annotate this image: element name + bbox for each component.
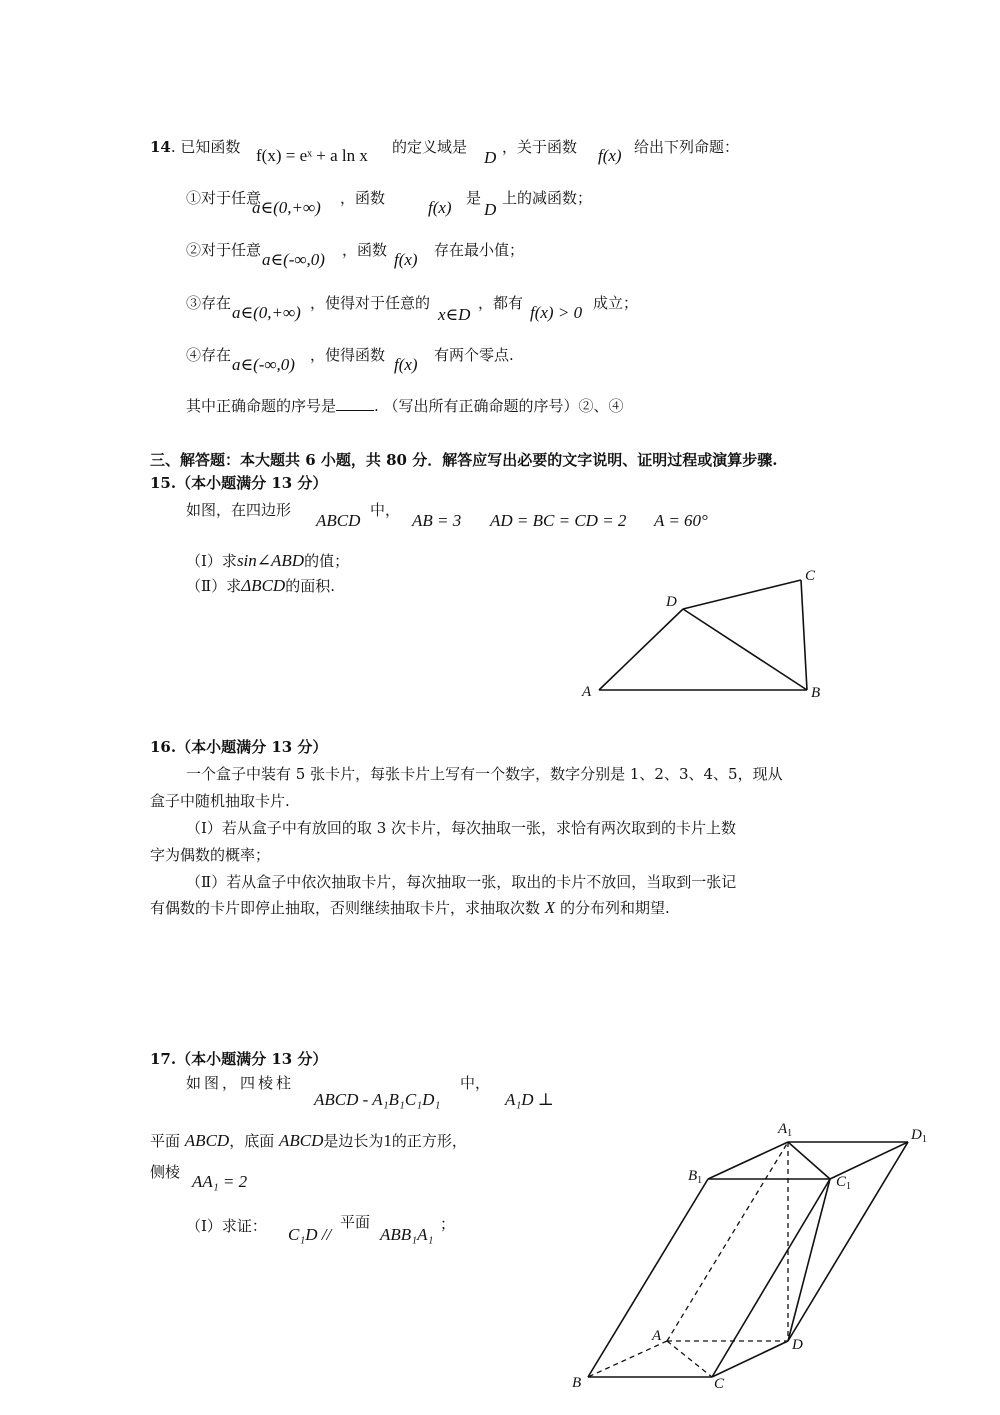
q17-side-length: 1 <box>383 1131 392 1150</box>
q17-part-1-expression: C₁D // <box>288 1225 331 1245</box>
q17-label-d: D <box>791 1337 803 1353</box>
q17-label-c: C <box>714 1376 725 1392</box>
q16-line-1: 一个盒子中装有 5 张卡片，每张卡片上写有一个数字，数字分别是 1、2、3、4、… <box>186 764 783 784</box>
q17-base-abcd: ABCD <box>279 1131 323 1150</box>
q17-prism-figure <box>588 1142 908 1377</box>
q17-label-b: B <box>572 1375 581 1391</box>
q17-side-length-text: 是边长为 <box>323 1132 383 1150</box>
q17-base-text: ，底面 <box>229 1132 274 1150</box>
q16-title: 16.（本小题满分 13 分） <box>150 737 327 757</box>
q16-part-2-tail: 的分布列和期望. <box>560 899 670 917</box>
q17-part-1-plane: ABB₁A₁ <box>380 1225 433 1245</box>
q17-stem-b: 中， <box>460 1073 490 1093</box>
q17-line-2: 平面 ABCD，底面 ABCD是边长为1的正方形， <box>150 1131 467 1151</box>
q17-plane-text: 平面 <box>150 1132 180 1150</box>
q17-line-3-label: 侧棱 <box>150 1162 180 1182</box>
q16-part-2-line-1: （Ⅱ）若从盒子中依次抽取卡片，每次抽取一张，取出的卡片不放回，当取到一张记 <box>186 872 736 892</box>
q16-variable-x: X <box>545 898 555 917</box>
q17-label-c1: C1 <box>836 1174 851 1192</box>
q17-prism-name: ABCD - A₁B₁C₁D₁ <box>314 1090 440 1110</box>
q17-square-text: 的正方形， <box>392 1132 467 1150</box>
q17-perpendicular: A₁D ⊥ <box>505 1090 554 1110</box>
q17-label-a1: A1 <box>777 1121 792 1139</box>
q17-label-b1: B1 <box>688 1168 702 1186</box>
q17-part-1-label: （Ⅰ）求证： <box>186 1216 267 1236</box>
q15-label-d: D <box>665 594 677 610</box>
q15-quadrilateral-figure: A B C D A1 D1 B1 C1 A D B C <box>0 0 1000 1415</box>
q17-part-1-plane-text: 平面 <box>340 1212 370 1232</box>
q15-label-b: B <box>811 685 820 701</box>
q16-part-1-line-1: （Ⅰ）若从盒子中有放回的取 3 次卡片，每次抽取一张，求恰有两次取到的卡片上数 <box>186 818 736 838</box>
q16-part-2-text: 有偶数的卡片即停止抽取，否则继续抽取卡片，求抽取次数 <box>150 899 540 917</box>
q17-label-a: A <box>651 1328 662 1344</box>
q17-lateral-edge: AA₁ = 2 <box>192 1172 247 1192</box>
q16-part-2-line-2: 有偶数的卡片即停止抽取，否则继续抽取卡片，求抽取次数 X 的分布列和期望. <box>150 898 670 918</box>
q17-part-1-tail: ； <box>440 1214 455 1234</box>
q17-label-d1: D1 <box>910 1127 927 1145</box>
q17-stem-a: 如图，四棱柱 <box>186 1073 294 1093</box>
q17-title: 17.（本小题满分 13 分） <box>150 1049 327 1069</box>
q15-label-c: C <box>805 568 816 584</box>
q16-part-1-line-2: 字为偶数的概率； <box>150 845 270 865</box>
q15-label-a: A <box>581 684 592 700</box>
q16-line-2: 盒子中随机抽取卡片. <box>150 791 290 811</box>
q17-plane-abcd: ABCD <box>185 1131 229 1150</box>
